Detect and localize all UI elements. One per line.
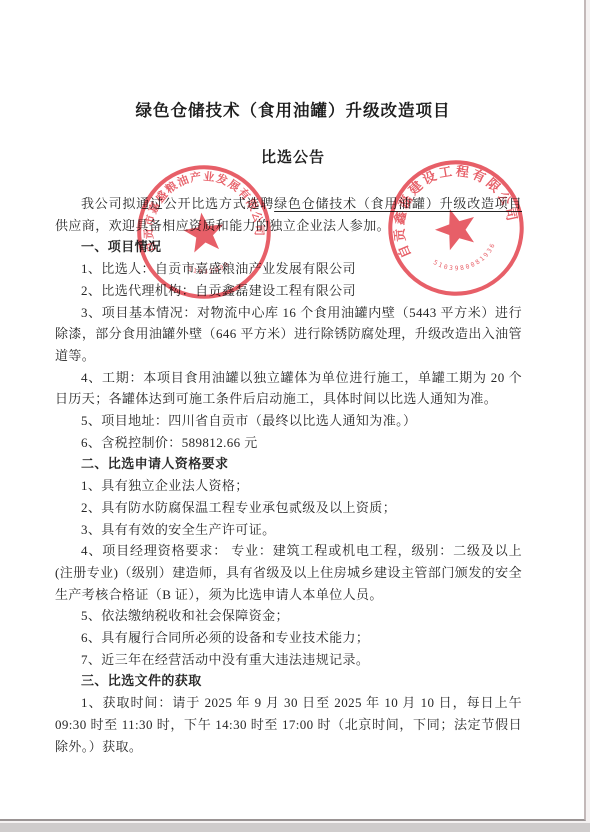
document-title: 绿色仓储技术（食用油罐）升级改造项目 [0, 97, 586, 121]
scan-edge-shadow [0, 823, 590, 832]
section-heading: 二、比选申请人资格要求 [55, 453, 522, 475]
section-item: 3、项目基本情况：对物流中心库 16 个食用油罐内壁（5443 平方米）进行除漆… [55, 302, 522, 367]
scanned-page: 绿色仓储技术（食用油罐）升级改造项目 比选公告 我公司拟通过公开比选方式选聘绿色… [0, 0, 590, 832]
section-item: 6、含税控制价：589812.66 元 [55, 432, 522, 454]
section-heading: 三、比选文件的获取 [55, 670, 522, 692]
section-item: 1、具有独立企业法人资格； [55, 475, 522, 497]
seal-serial-number: 5103980081936 [430, 239, 502, 280]
document-page: 绿色仓储技术（食用油罐）升级改造项目 比选公告 我公司拟通过公开比选方式选聘绿色… [0, 0, 586, 821]
section-item: 7、近三年在经营活动中没有重大违法违规记录。 [55, 649, 522, 671]
section-item: 1、获取时间：请于 2025 年 9 月 30 日至 2025 年 10 月 1… [55, 692, 522, 757]
section-item: 6、具有履行合同所必须的设备和专业技术能力； [55, 627, 522, 649]
star-icon [181, 210, 226, 254]
section-item: 4、项目经理资格要求： 专业：建筑工程或机电工程，级别：二级及以上(注册专业)（… [55, 540, 522, 605]
buyer-company-seal: 自贡市嘉盛粮油产业发展有限公司 51032899 [124, 152, 284, 312]
section-item: 2、具有防水防腐保温工程专业承包贰级及以上资质； [55, 497, 522, 519]
seal-serial-number: 51032899 [186, 260, 233, 279]
section-item: 5、依法缴纳税收和社会保障资金； [55, 605, 522, 627]
star-icon [430, 203, 481, 253]
sections-container: 一、项目情况1、比选人：自贡市嘉盛粮油产业发展有限公司2、比选代理机构：自贡鑫磊… [55, 236, 522, 757]
section-item: 4、工期：本项目食用油罐以独立罐体为单位进行施工，单罐工期为 20 个日历天；各… [55, 367, 522, 410]
section-item: 5、项目地址：四川省自贡市（最终以比选人通知为准。） [55, 410, 522, 432]
section-item: 3、具有有效的安全生产许可证。 [55, 519, 522, 541]
